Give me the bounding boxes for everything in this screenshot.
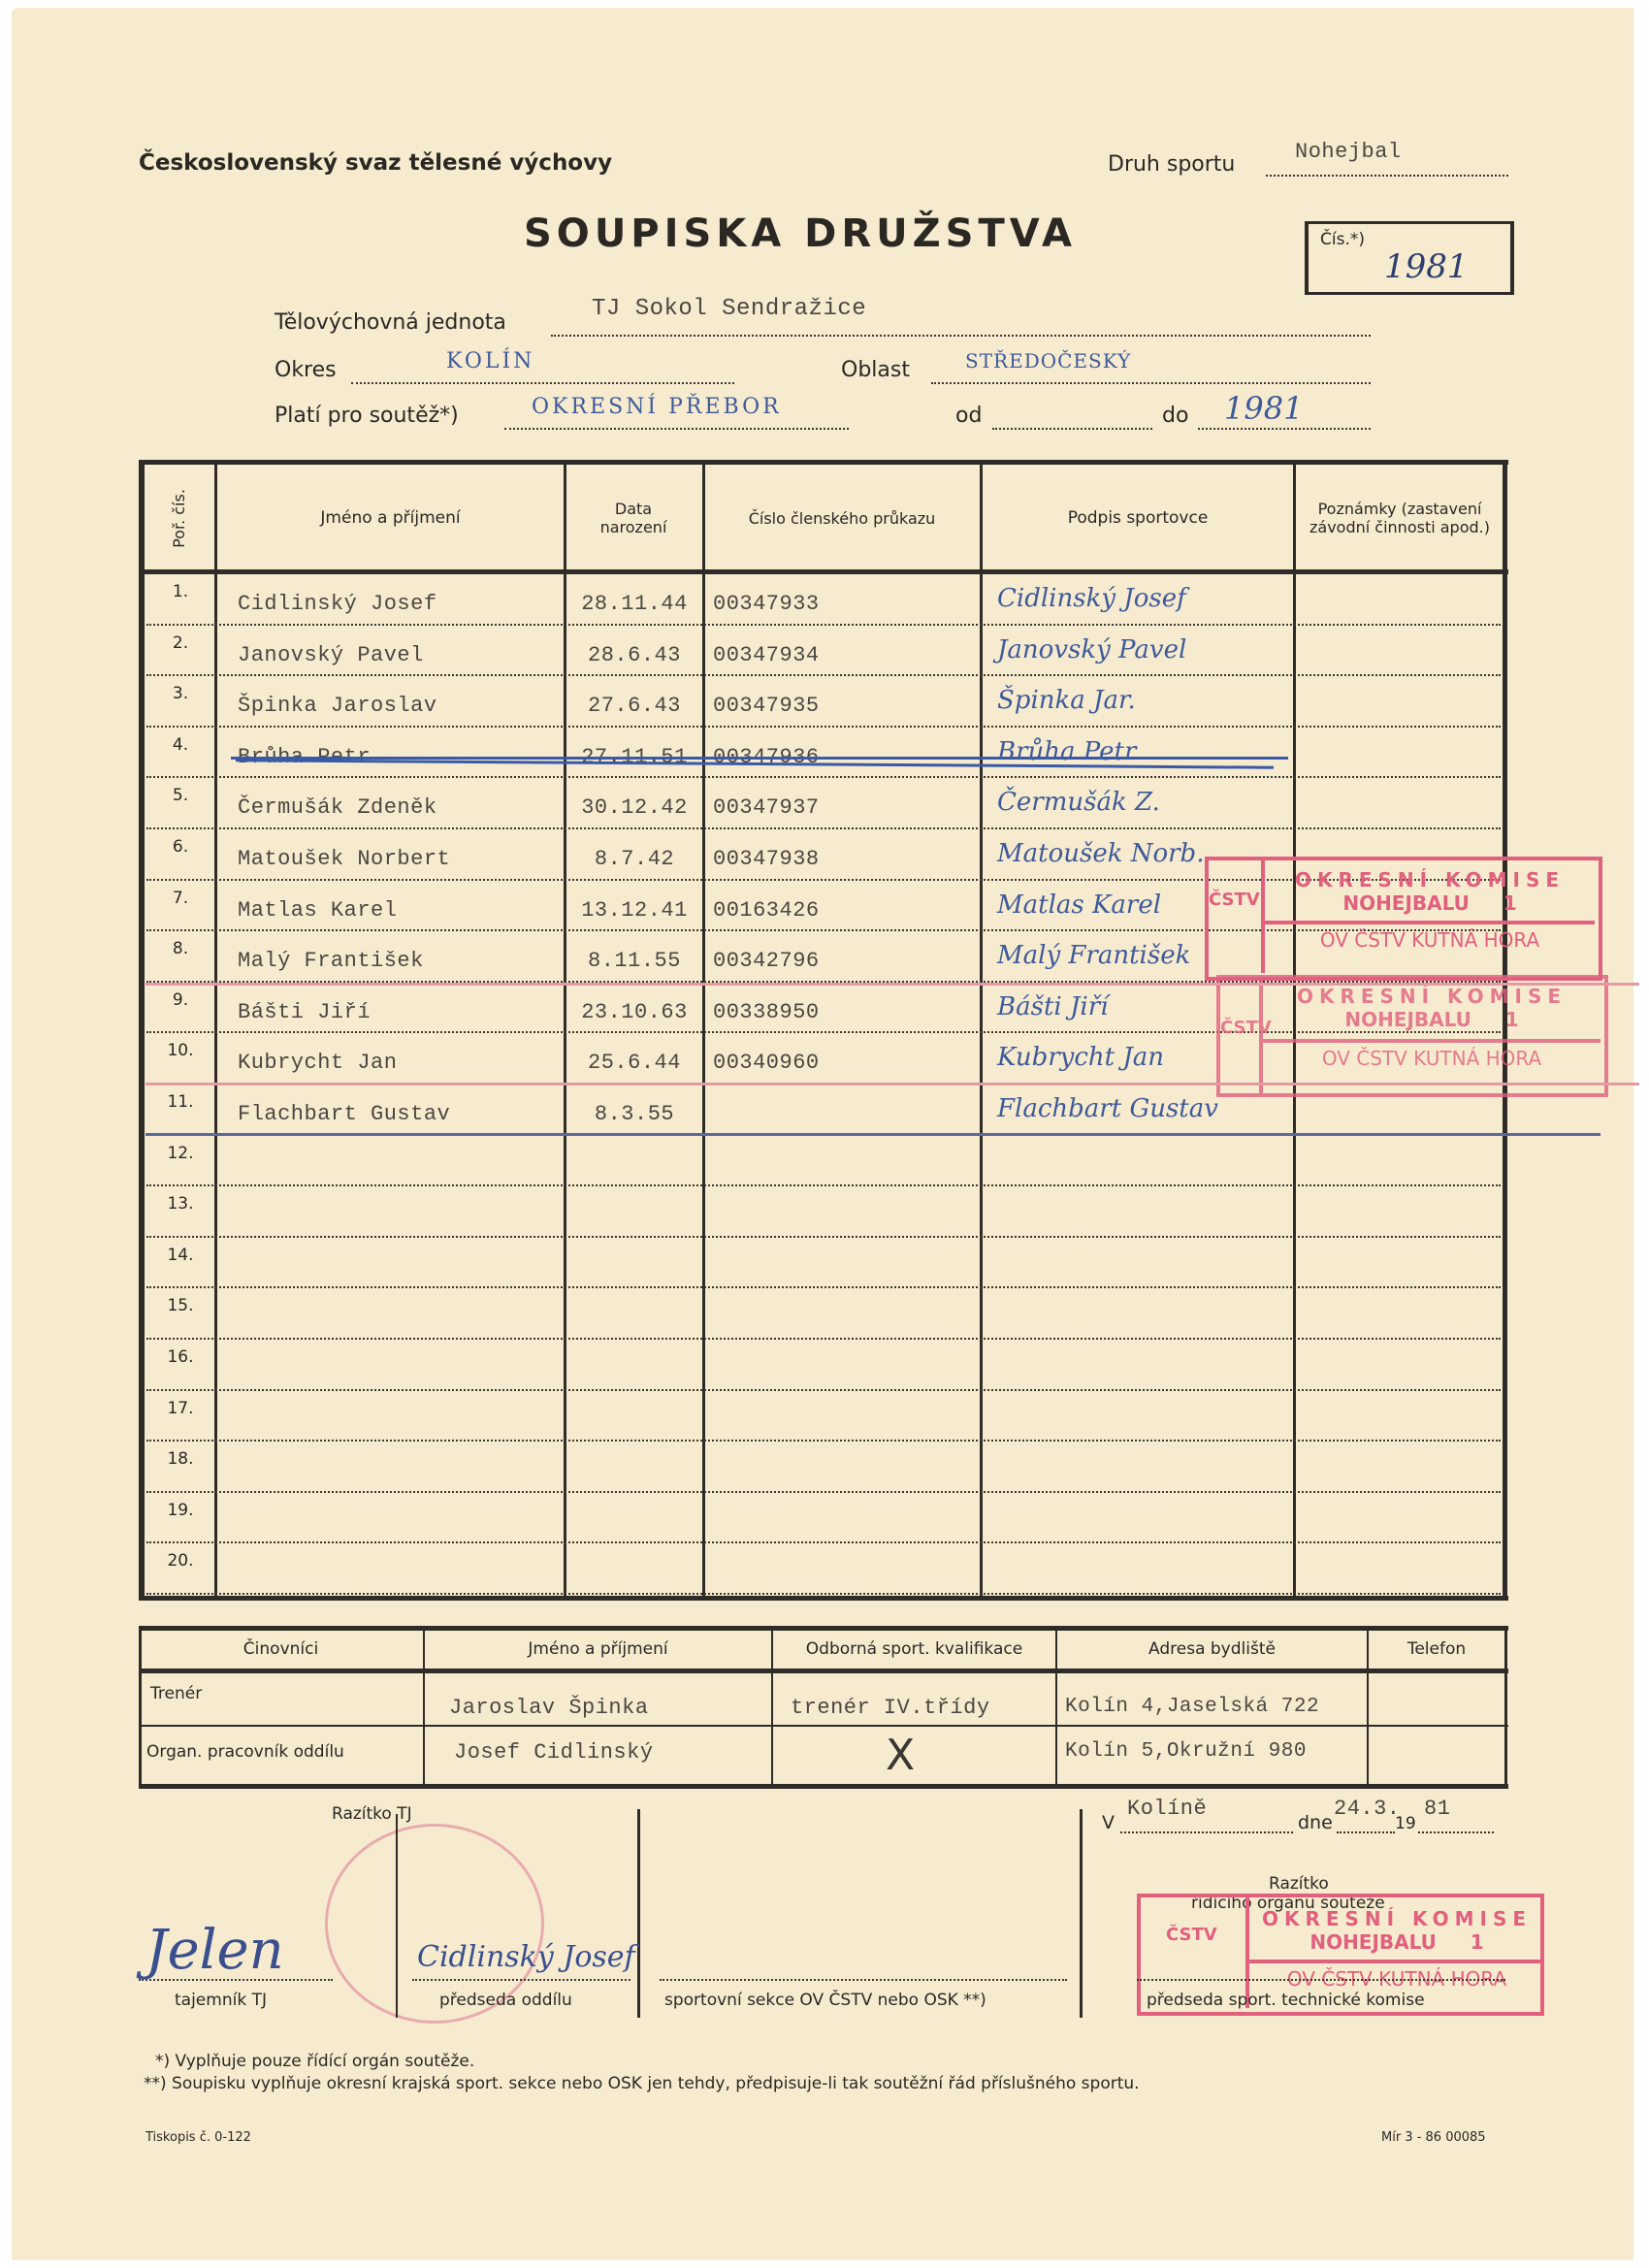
district-field[interactable]	[351, 382, 734, 384]
year-prefix: 19	[1395, 1814, 1416, 1833]
player-name: Janovský Pavel	[238, 643, 424, 667]
player-name: Malý František	[238, 949, 424, 973]
row-number: 16.	[148, 1347, 212, 1367]
registration-number-box[interactable]: Čís.*) 1981	[1305, 221, 1514, 295]
player-signature: Cidlinský Josef	[997, 584, 1186, 613]
sport-value: Nohejbal	[1295, 140, 1402, 164]
row-number: 11.	[148, 1092, 212, 1112]
officials-col-phone: Telefon	[1369, 1639, 1504, 1659]
row-number: 15.	[148, 1296, 212, 1315]
col-header-number: Poř. čís.	[143, 470, 214, 567]
row-divider	[146, 1440, 1501, 1442]
row-number: 6.	[148, 837, 212, 857]
membership-card-number: 00347934	[713, 643, 820, 667]
row-divider	[146, 726, 1501, 728]
date-field[interactable]	[1337, 1831, 1395, 1833]
from-label: od	[955, 404, 982, 428]
birth-date: 30.12.42	[568, 795, 700, 820]
divider	[1080, 1809, 1083, 2018]
footnote-1: *) Vyplňuje pouze řídící orgán soutěže.	[155, 2052, 474, 2071]
player-signature: Čermušák Z.	[997, 788, 1160, 817]
membership-card-number: 00163426	[713, 898, 820, 923]
col-header-card: Číslo členského průkazu	[740, 470, 944, 567]
birth-date: 25.6.44	[568, 1051, 700, 1075]
birth-date: 28.11.44	[568, 592, 700, 616]
row-number: 8.	[148, 939, 212, 958]
row-divider	[146, 1286, 1501, 1288]
player-signature: Janovský Pavel	[997, 635, 1186, 664]
place-prefix: V	[1102, 1812, 1115, 1833]
player-signature: Brůha Petr	[997, 737, 1136, 766]
blue-ink-line	[145, 1133, 1600, 1136]
competition-label: Platí pro soutěž*)	[275, 404, 459, 428]
col-header-signature: Podpis sportovce	[983, 470, 1293, 567]
officials-col-address: Adresa bydliště	[1057, 1639, 1367, 1659]
to-field[interactable]	[1198, 428, 1371, 430]
row-number: 17.	[148, 1399, 212, 1418]
page-title: SOUPISKA DRUŽSTVA	[524, 211, 1077, 256]
player-signature: Kubrycht Jan	[997, 1043, 1164, 1072]
place-value: Kolíně	[1127, 1797, 1207, 1821]
tj-stamp-label: Razítko TJ	[332, 1804, 412, 1824]
row-number: 1.	[148, 582, 212, 601]
col-header-notes: Poznámky (zastavení závodní činnosti apo…	[1298, 470, 1502, 567]
row-divider	[146, 1593, 1501, 1595]
chairman-signature: Cidlinský Josef	[417, 1940, 635, 1974]
district-value: KOLÍN	[446, 349, 534, 373]
player-name: Cidlinský Josef	[238, 592, 437, 616]
print-code: Mír 3 - 86 00085	[1381, 2130, 1486, 2145]
to-label: do	[1162, 404, 1188, 428]
chairman-signature-line[interactable]	[412, 1979, 630, 1981]
player-signature: Bášti Jiří	[997, 992, 1108, 1021]
sport-field[interactable]	[1266, 175, 1508, 177]
officials-col-qualification: Odborná sport. kvalifikace	[773, 1639, 1055, 1659]
unit-value: TJ Sokol Sendražice	[592, 296, 866, 322]
authority-stamp-label: Razítko	[1269, 1874, 1329, 1894]
cross-mark-icon: X	[886, 1731, 915, 1780]
competition-value: OKRESNÍ PŘEBOR	[532, 395, 782, 419]
player-name: Špinka Jaroslav	[238, 694, 437, 718]
region-value: STŘEDOČESKÝ	[965, 349, 1131, 373]
membership-card-number: 00340960	[713, 1051, 820, 1075]
player-signature: Matoušek Norb.	[997, 839, 1204, 868]
membership-card-number: 00342796	[713, 949, 820, 973]
player-signature: Matlas Karel	[997, 891, 1161, 920]
membership-card-number: 00347938	[713, 847, 820, 871]
birth-date: 27.6.43	[568, 694, 700, 718]
footnote-2: **) Soupisku vyplňuje okresní krajská sp…	[144, 2074, 1140, 2093]
row-number: 14.	[148, 1246, 212, 1265]
birth-date: 28.6.43	[568, 643, 700, 667]
officials-col-role: Činovníci	[139, 1639, 423, 1659]
player-name: Čermušák Zdeněk	[238, 795, 437, 820]
player-name: Kubrycht Jan	[238, 1051, 397, 1075]
organization-name: Československý svaz tělesné výchovy	[139, 150, 612, 176]
red-pencil-line	[145, 983, 1639, 986]
row-number: 12.	[148, 1144, 212, 1163]
row-divider	[146, 827, 1501, 829]
birth-date: 23.10.63	[568, 1000, 700, 1024]
divider	[637, 1809, 640, 2018]
officials-table: Činovníci Jméno a příjmení Odborná sport…	[139, 1626, 1508, 1789]
cstv-logo-icon: ČSTV	[1209, 890, 1260, 910]
unit-label: Tělovýchovná jednota	[275, 310, 506, 335]
divider	[396, 1814, 398, 2018]
row-number: 2.	[148, 633, 212, 653]
row-divider	[146, 1389, 1501, 1391]
row-divider	[146, 1491, 1501, 1493]
district-committee-stamp-2: ČSTV OKRESNÍ KOMISE NOHEJBALU 1 OV ČSTV …	[1259, 975, 1608, 1097]
place-field[interactable]	[1120, 1831, 1293, 1833]
player-name: Matlas Karel	[238, 898, 397, 923]
col-header-birth: Data narození	[595, 470, 672, 567]
player-signature: Malý František	[997, 941, 1190, 970]
birth-date: 8.11.55	[568, 949, 700, 973]
birth-date: 8.7.42	[568, 847, 700, 871]
district-committee-stamp: ČSTV OKRESNÍ KOMISE NOHEJBALU 1 OV ČSTV …	[1251, 857, 1602, 981]
date-value: 24.3.	[1334, 1797, 1401, 1821]
section-label: sportovní sekce OV ČSTV nebo OSK **)	[664, 1991, 986, 2010]
officials-col-name: Jméno a příjmení	[425, 1639, 771, 1659]
to-value: 1981	[1224, 390, 1303, 427]
row-number: 3.	[148, 684, 212, 703]
row-number: 10.	[148, 1041, 212, 1060]
row-divider	[146, 1184, 1501, 1186]
row-number: 7.	[148, 889, 212, 908]
player-signature: Špinka Jar.	[997, 686, 1136, 715]
chairman-label: předseda oddílu	[439, 1991, 572, 2010]
year-field[interactable]	[1418, 1831, 1494, 1833]
membership-card-number: 00347935	[713, 694, 820, 718]
col-header-name: Jméno a příjmení	[217, 470, 564, 567]
membership-card-number: 00347933	[713, 592, 820, 616]
player-name: Bášti Jiří	[238, 1000, 371, 1024]
cstv-logo-icon: ČSTV	[1166, 1925, 1217, 1945]
committee-chair-signature-line[interactable]	[1137, 1979, 1505, 1981]
row-divider	[146, 1541, 1501, 1543]
committee-chair-label: předseda sport. technické komise	[1147, 1991, 1425, 2010]
section-signature-line[interactable]	[660, 1979, 1067, 1981]
form-number: Tiskopis č. 0-122	[145, 2130, 251, 2145]
row-number: 9.	[148, 990, 212, 1010]
district-label: Okres	[275, 358, 337, 382]
membership-card-number: 00338950	[713, 1000, 820, 1024]
row-number: 4.	[148, 735, 212, 755]
player-signature: Flachbart Gustav	[997, 1094, 1218, 1123]
row-divider	[146, 674, 1501, 676]
sport-label: Druh sportu	[1108, 152, 1235, 177]
secretary-label: tajemník TJ	[175, 1991, 267, 2010]
red-pencil-line	[145, 1083, 1639, 1085]
number-label: Čís.*)	[1320, 230, 1365, 249]
player-name: Flachbart Gustav	[238, 1102, 450, 1126]
row-number: 13.	[148, 1194, 212, 1214]
row-number: 5.	[148, 786, 212, 805]
row-number: 20.	[148, 1551, 212, 1571]
region-field[interactable]	[931, 382, 1371, 384]
birth-date: 8.3.55	[568, 1102, 700, 1126]
row-divider	[146, 776, 1501, 778]
player-name: Matoušek Norbert	[238, 847, 450, 871]
date-label: dne	[1298, 1812, 1333, 1833]
row-divider	[146, 1338, 1501, 1340]
row-divider	[146, 1236, 1501, 1238]
row-number: 18.	[148, 1449, 212, 1469]
competition-field[interactable]	[504, 428, 849, 430]
region-label: Oblast	[841, 358, 910, 382]
row-number: 19.	[148, 1501, 212, 1520]
year-value: 81	[1424, 1797, 1450, 1821]
from-field[interactable]	[992, 428, 1152, 430]
strike-through-line	[231, 757, 1288, 760]
secretary-signature: Jelen	[145, 1919, 284, 1982]
birth-date: 13.12.41	[568, 898, 700, 923]
number-value: 1981	[1384, 247, 1469, 286]
membership-card-number: 00347937	[713, 795, 820, 820]
unit-field[interactable]	[551, 335, 1371, 337]
row-divider	[146, 624, 1501, 626]
